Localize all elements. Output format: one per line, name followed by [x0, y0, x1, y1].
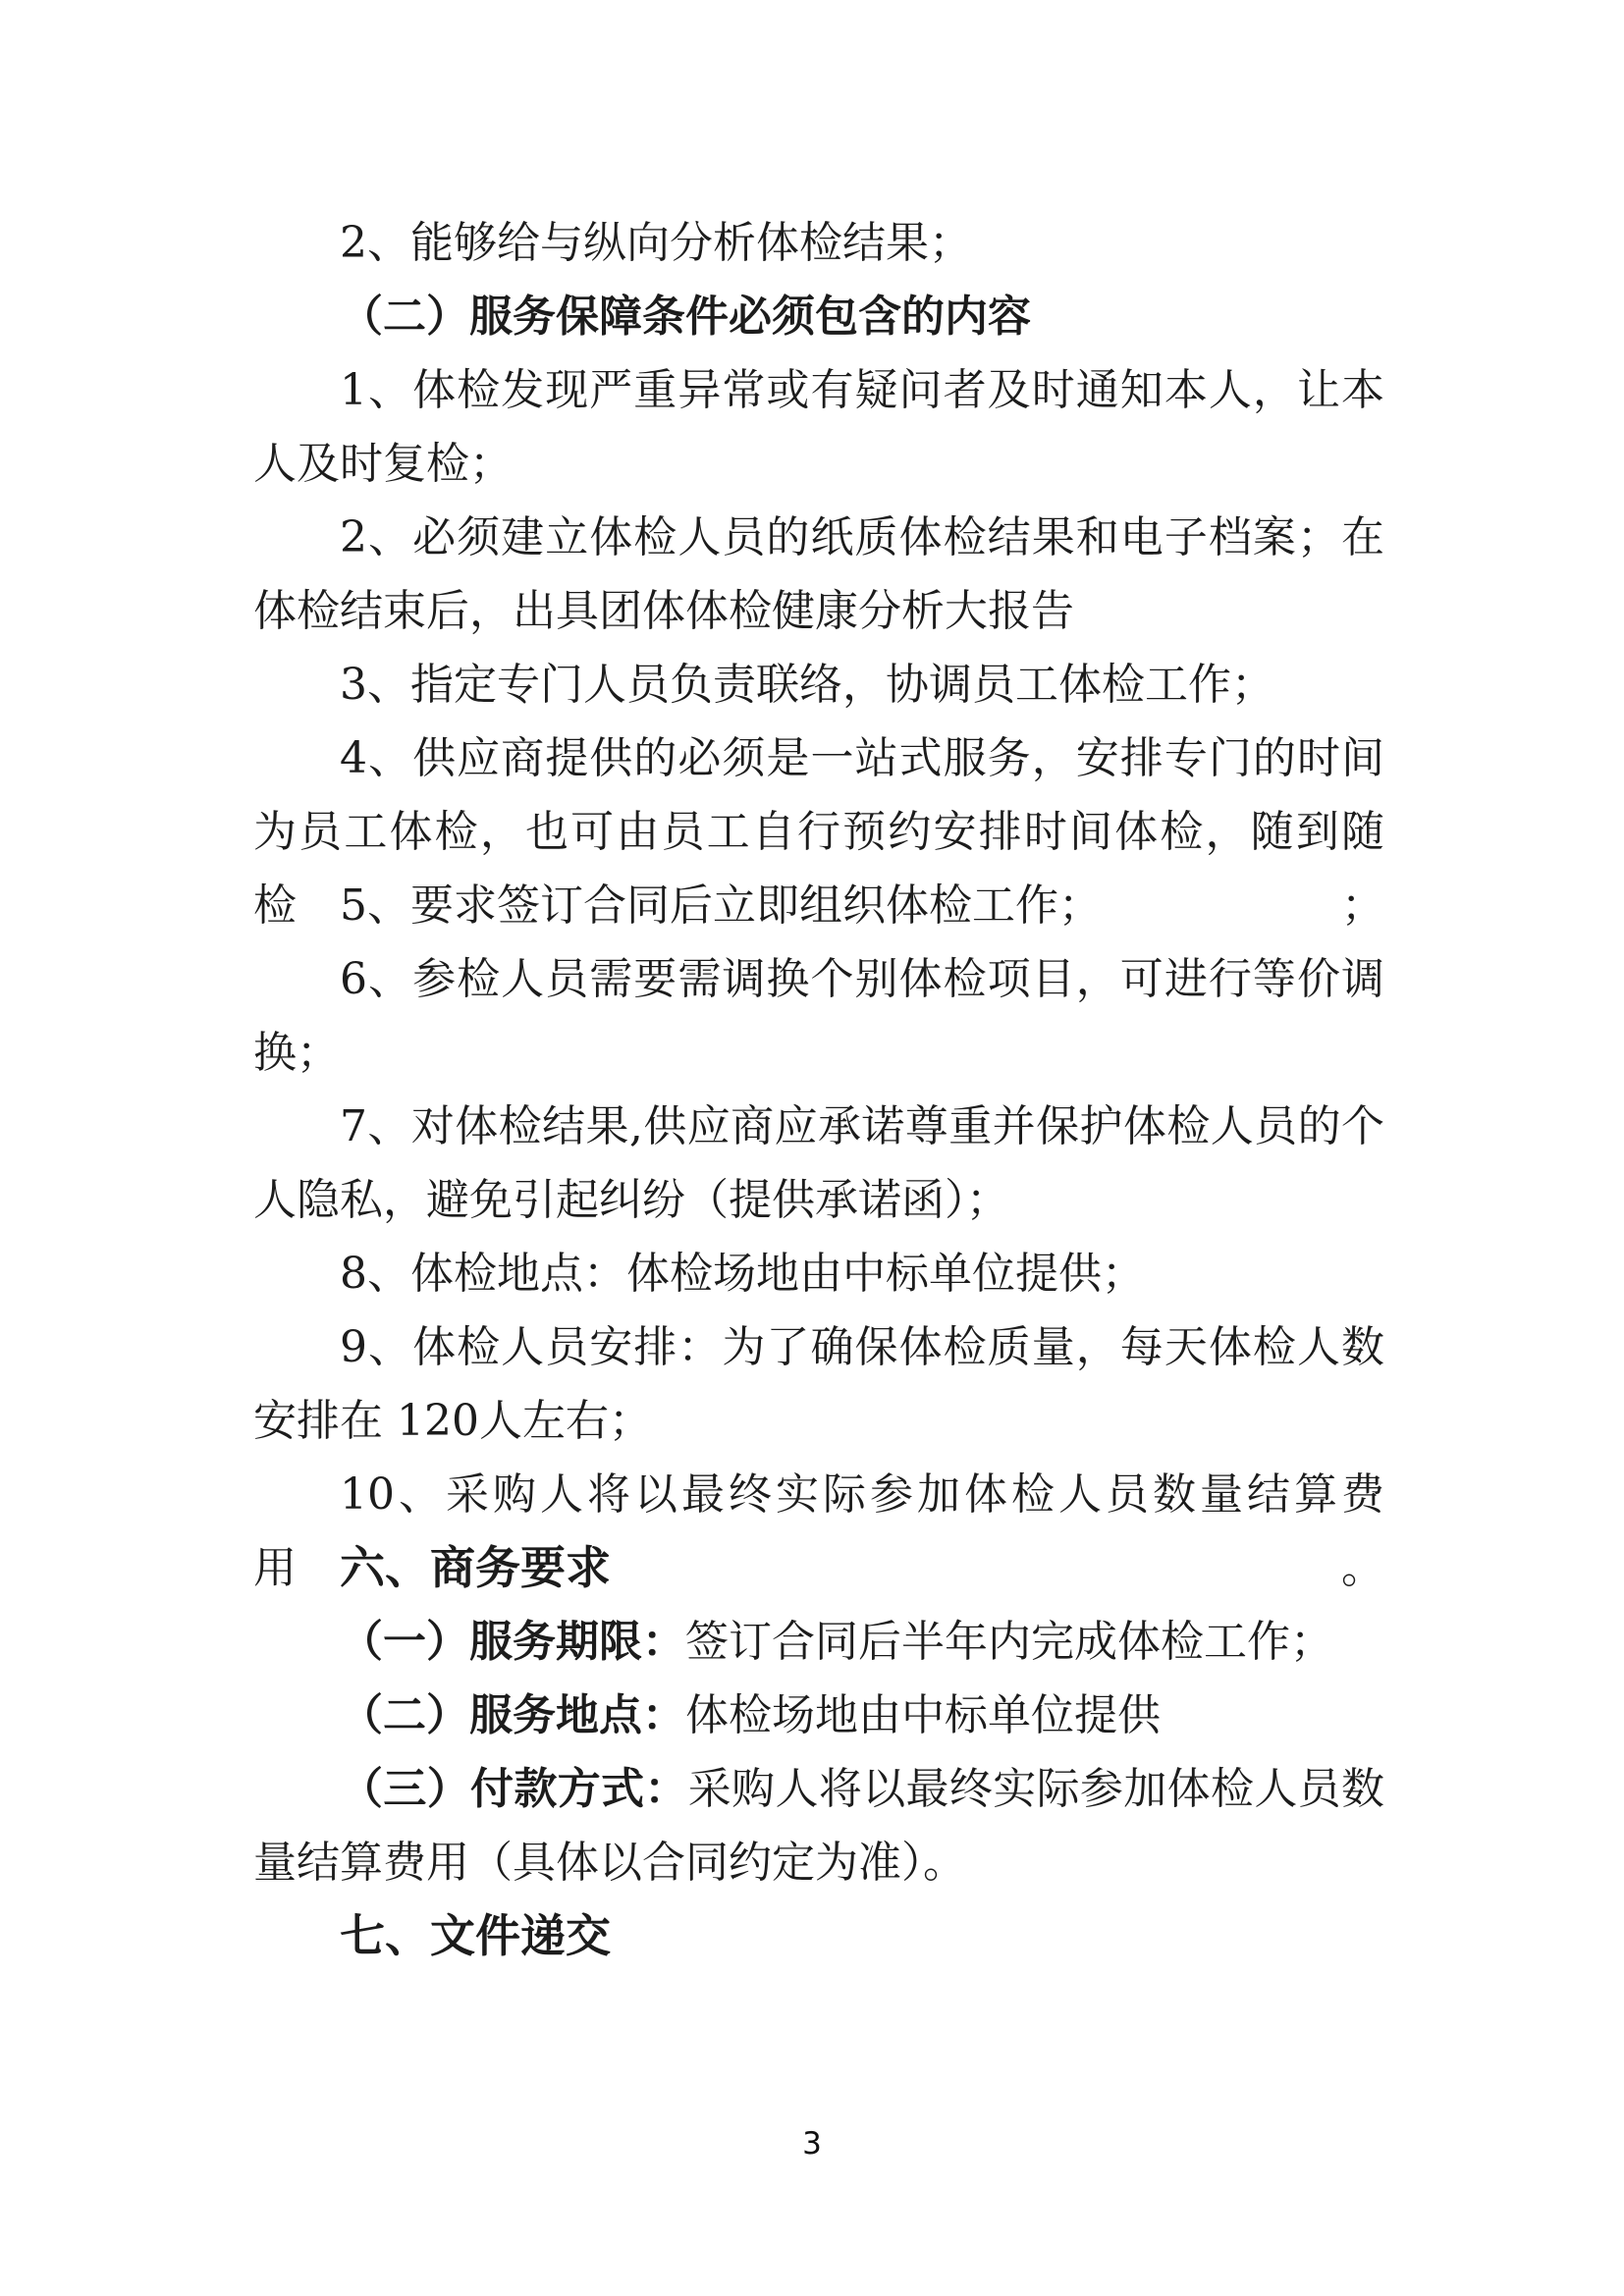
- doc-line-label: （二）服务地点：: [340, 1690, 685, 1740]
- doc-line: 10、采购人将以最终实际参加体检人员数量结算费用。: [253, 1458, 1384, 1531]
- doc-line: 人隐私，避免引起纠纷（提供承诺函）；: [253, 1163, 1384, 1237]
- doc-line-text: 8、体检地点：体检场地由中标单位提供；: [340, 1249, 1145, 1299]
- doc-line-text: 七、文件递交: [340, 1909, 611, 1962]
- doc-line: （一）服务期限：签订合同后半年内完成体检工作；: [253, 1605, 1384, 1679]
- doc-line: 3、指定专门人员负责联络，协调员工体检工作；: [253, 648, 1384, 721]
- doc-line: 为员工体检，也可由员工自行预约安排时间体检，随到随检；: [253, 795, 1384, 869]
- doc-line-label: （三）付款方式：: [340, 1764, 688, 1814]
- page-number: 3: [802, 2126, 822, 2162]
- doc-line-text: 体检场地由中标单位提供: [685, 1690, 1161, 1740]
- doc-line: 2、能够给与纵向分析体检结果；: [253, 206, 1384, 280]
- page-footer: 3: [0, 2126, 1624, 2162]
- doc-line-text: 5、要求签订合同后立即组织体检工作；: [340, 881, 1102, 931]
- doc-line-text: 安排在 120人左右；: [253, 1396, 652, 1446]
- doc-line: 6、参检人员需要需调换个别体检项目，可进行等价调: [253, 942, 1384, 1016]
- doc-line: 人及时复检；: [253, 427, 1384, 501]
- doc-line-text: （二）服务保障条件必须包含的内容: [340, 292, 1031, 342]
- doc-line: 4、供应商提供的必须是一站式服务，安排专门的时间: [253, 721, 1384, 795]
- doc-line-text: 3、指定专门人员负责联络，协调员工体检工作；: [340, 660, 1274, 710]
- doc-line-text: 4、供应商提供的必须是一站式服务，安排专门的时间: [340, 733, 1384, 783]
- doc-line-text: 六、商务要求: [340, 1541, 611, 1594]
- doc-line-text: 2、必须建立体检人员的纸质体检结果和电子档案；在: [340, 512, 1384, 562]
- doc-line-text: 换；: [253, 1028, 340, 1078]
- doc-line: 8、体检地点：体检场地由中标单位提供；: [253, 1237, 1384, 1310]
- doc-subheading: （二）服务保障条件必须包含的内容: [253, 280, 1384, 353]
- doc-line-text: 体检结束后，出具团体体检健康分析大报告: [253, 586, 1074, 636]
- doc-line-text: 6、参检人员需要需调换个别体检项目，可进行等价调: [340, 954, 1384, 1004]
- doc-line: （三）付款方式：采购人将以最终实际参加体检人员数: [253, 1752, 1384, 1826]
- doc-line-text: 9、体检人员安排：为了确保体检质量，每天体检人数: [340, 1322, 1384, 1372]
- doc-line-text: 7、对体检结果,供应商应承诺尊重并保护体检人员的个: [340, 1101, 1384, 1151]
- doc-line: （二）服务地点：体检场地由中标单位提供: [253, 1679, 1384, 1752]
- document-page: 2、能够给与纵向分析体检结果； （二）服务保障条件必须包含的内容 1、体检发现严…: [0, 0, 1624, 2296]
- doc-line: 1、体检发现严重异常或有疑问者及时通知本人，让本: [253, 353, 1384, 427]
- doc-line: 量结算费用（具体以合同约定为准）。: [253, 1826, 1384, 1899]
- doc-line-text: 采购人将以最终实际参加体检人员数: [688, 1764, 1384, 1814]
- doc-line-text: 人及时复检；: [253, 439, 513, 489]
- doc-line-text: 1、体检发现严重异常或有疑问者及时通知本人，让本: [340, 365, 1384, 415]
- doc-line: 换；: [253, 1016, 1384, 1090]
- doc-line-text: 人隐私，避免引起纠纷（提供承诺函）；: [253, 1175, 1009, 1225]
- document-body: 2、能够给与纵向分析体检结果； （二）服务保障条件必须包含的内容 1、体检发现严…: [253, 206, 1384, 1973]
- doc-line-text: 量结算费用（具体以合同约定为准）。: [253, 1838, 966, 1888]
- doc-line-text: 签订合同后半年内完成体检工作；: [685, 1617, 1333, 1667]
- doc-heading-document-submission: 七、文件递交: [253, 1899, 1384, 1973]
- doc-line-text: 2、能够给与纵向分析体检结果；: [340, 218, 972, 268]
- doc-line: 2、必须建立体检人员的纸质体检结果和电子档案；在: [253, 501, 1384, 574]
- doc-line-label: （一）服务期限：: [340, 1617, 685, 1667]
- doc-line: 9、体检人员安排：为了确保体检质量，每天体检人数: [253, 1310, 1384, 1384]
- doc-line: 体检结束后，出具团体体检健康分析大报告: [253, 574, 1384, 648]
- doc-line: 安排在 120人左右；: [253, 1384, 1384, 1458]
- doc-line: 7、对体检结果,供应商应承诺尊重并保护体检人员的个: [253, 1090, 1384, 1163]
